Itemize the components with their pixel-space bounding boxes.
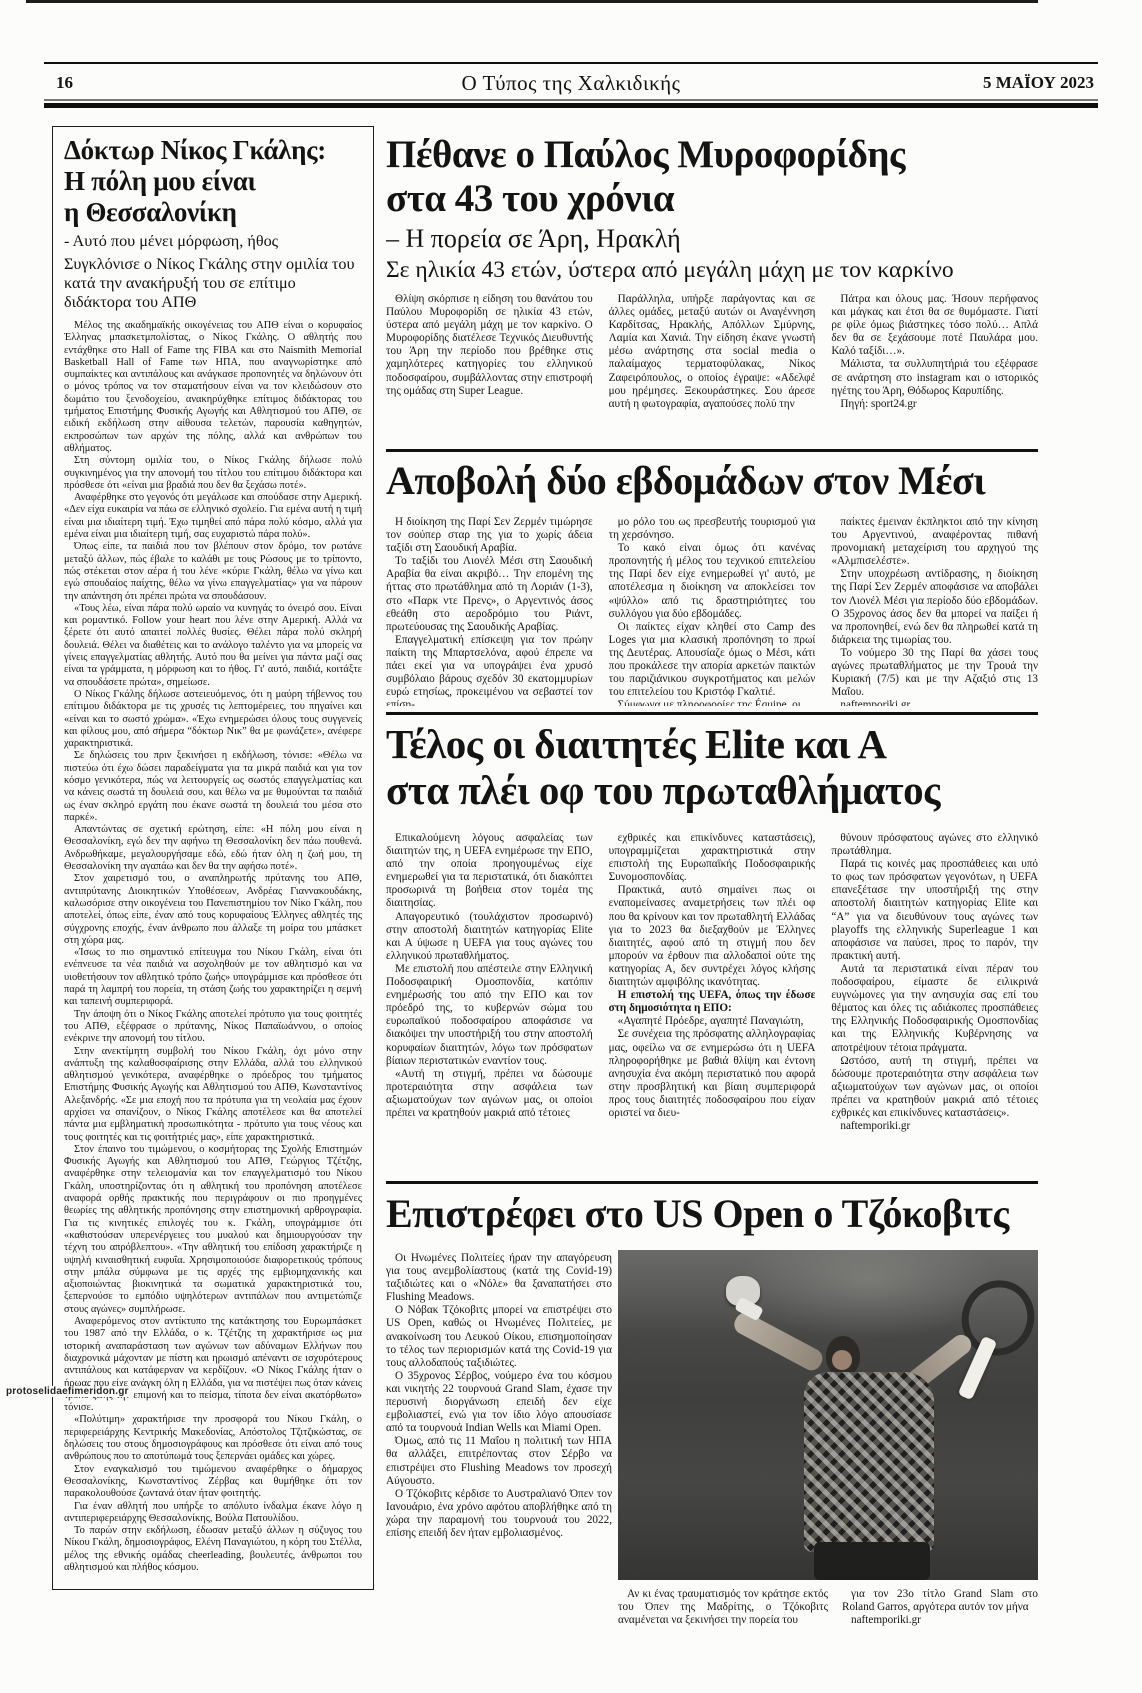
galis-title: Δόκτωρ Νίκος Γκάλης: Η πόλη μου είναι η … <box>64 135 362 228</box>
body-referees: Επικαλούμενη λόγους ασφαλείας των διαιτη… <box>386 832 1038 1176</box>
paragraph: «Πολύτιμη» χαρακτήρισε την προσφορά του … <box>64 1414 362 1463</box>
photo-torso-checkered-shirt <box>804 1372 934 1552</box>
body-messi: Η διοίκηση της Παρί Σεν Ζερμέν τιμώρησε … <box>386 516 1038 706</box>
paragraph: εχθρικές και επικίνδυνες καταστάσεις), υ… <box>609 832 816 884</box>
paragraph: Ο Νόβακ Τζόκοβιτς μπορεί να επιστρέψει σ… <box>386 1304 612 1369</box>
paragraph: Το παρών στην εκδήλωση, έδωσαν μεταξύ άλ… <box>64 1525 362 1574</box>
paragraph: naftemporiki.gr <box>831 699 1038 706</box>
referees-col-2: εχθρικές και επικίνδυνες καταστάσεις), υ… <box>609 832 816 1176</box>
djokovic-photo <box>618 1250 1038 1580</box>
paragraph: Η επιστολή της UEFA, όπως την έδωσε στη … <box>609 989 816 1015</box>
paragraph: Οι παίκτες είχαν κληθεί στο Camp des Log… <box>609 621 816 700</box>
paragraph: Μάλιστα, τα συλλυπητήριά του εξέφρασε σε… <box>831 358 1038 397</box>
paragraph: Μέλος της ακαδημαϊκής οικογένειας του ΑΠ… <box>64 320 362 455</box>
referees-col-1: Επικαλούμενη λόγους ασφαλείας των διαιτη… <box>386 832 593 1176</box>
referees-col-3: θύνουν πρόσφατους αγώνες στο ελληνικό πρ… <box>831 832 1038 1176</box>
paragraph: Ο Νίκος Γκάλης δήλωσε αστειευόμενος, ότι… <box>64 689 362 750</box>
paragraph: Στη σύντομη ομιλία του, ο Νίκος Γκάλης δ… <box>64 455 362 492</box>
photo-face <box>832 1350 852 1370</box>
djokovic-col-1: Οι Ηνωμένες Πολιτείες ήραν την απαγόρευσ… <box>386 1252 612 1650</box>
headline-messi: Αποβολή δύο εβδομάδων στον Μέσι <box>386 459 1038 504</box>
paragraph: Όμως, από τις 11 Μαΐου η πολιτική των ΗΠ… <box>386 1435 612 1487</box>
paragraph: Για έναν αθλητή που υπήρξε το απόλυτο ίν… <box>64 1501 362 1526</box>
paragraph: «Ίσως το πιο σημαντικό επίτευγμα του Νίκ… <box>64 947 362 1008</box>
divider-rule-3 <box>386 1181 1038 1184</box>
paragraph: Στον χαιρετισμό του, ο αναπληρωτής πρύτα… <box>64 873 362 947</box>
paragraph: Πηγή: sport24.gr <box>831 398 1038 411</box>
myroforidis-col-1: Θλίψη σκόρπισε η είδηση του θανάτου του … <box>386 293 593 445</box>
newspaper-page: 16 Ο Τύπος της Χαλκιδικής 5 ΜΑΪΟΥ 2023 Δ… <box>0 0 1142 1693</box>
paragraph: «Αυτή τη στιγμή, πρέπει να δώσουμε προτε… <box>386 1068 593 1120</box>
watermark-url: protoselidaefimeridon.gr <box>4 1386 131 1397</box>
body-myroforidis: Θλίψη σκόρπισε η είδηση του θανάτου του … <box>386 293 1038 445</box>
paragraph: Το ταξίδι του Λιονέλ Μέσι στη Σαουδική Α… <box>386 555 593 634</box>
paragraph: Αυτά τα περιστατικά είναι πέραν του ποδο… <box>831 963 1038 1055</box>
paragraph: Παράλληλα, υπήρξε παράγοντας και σε άλλε… <box>609 293 816 411</box>
paragraph: μο ρόλο του ως πρεσβευτής τουρισμού για … <box>609 516 816 542</box>
myroforidis-col-2: Παράλληλα, υπήρξε παράγοντας και σε άλλε… <box>609 293 816 445</box>
galis-subtitle-1: - Αυτό που μένει μόρφωση, ήθος <box>64 232 362 251</box>
paragraph: Το νούμερο 30 της Παρί θα χάσει τους αγώ… <box>831 647 1038 699</box>
paragraph: Ωστόσο, αυτή τη στιγμή, πρέπει να δώσουμ… <box>831 1055 1038 1120</box>
paragraph: Στον έπαινο του τιμώμενου, ο κοσμήτορας … <box>64 1144 362 1316</box>
paragraph: Σύμφωνα με πληροφορίες της Équipe, οι <box>609 699 816 706</box>
subhead-myroforidis-1: – Η πορεία σε Άρη, Ηρακλή <box>386 224 1038 254</box>
paragraph: Την άποψη ότι ο Νίκος Γκάλης αποτελεί πρ… <box>64 1009 362 1046</box>
messi-col-3: παίκτες έμειναν έκπληκτοι από την κίνηση… <box>831 516 1038 706</box>
paragraph: Πάτρα και όλους μας. Ήσουν περήφανος και… <box>831 293 1038 358</box>
paragraph: Απαντώντας σε σχετική ερώτηση, είπε: «Η … <box>64 824 362 873</box>
paragraph: για τον 23ο τίτλο Grand Slam στο Roland … <box>842 1588 1038 1614</box>
myroforidis-col-3: Πάτρα και όλους μας. Ήσουν περήφανος και… <box>831 293 1038 445</box>
paragraph: Στον εναγκαλισμό του τιμώμενου αναφέρθηκ… <box>64 1464 362 1501</box>
paragraph: παίκτες έμειναν έκπληκτοι από την κίνηση… <box>831 516 1038 568</box>
paragraph: Αναφέρθηκε στο γεγονός ότι μεγάλωσε και … <box>64 492 362 541</box>
masthead-title: Ο Τύπος της Χαλκιδικής <box>0 71 1142 96</box>
paragraph: Απαγορευτικό (τουλάχιστον προσωρινό) στη… <box>386 911 593 963</box>
paragraph: Επικαλούμενη λόγους ασφαλείας των διαιτη… <box>386 832 593 911</box>
paragraph: Παρά τις κοινές μας προσπάθειες και υπό … <box>831 858 1038 963</box>
scan-artifact-line <box>26 0 1038 3</box>
paragraph: Επαγγελματική επίσκεψη για τον πρώην παί… <box>386 634 593 706</box>
photo-light-glow <box>738 1250 998 1340</box>
paragraph: Όπως είπε, τα παιδιά που τον βλέπουν στο… <box>64 541 362 602</box>
paragraph: Με επιστολή που απέστειλε στην Ελληνική … <box>386 963 593 1068</box>
paragraph: Αν κι ένας τραυματισμός τον κράτησε εκτό… <box>618 1588 828 1628</box>
issue-date: 5 ΜΑΪΟΥ 2023 <box>983 73 1094 93</box>
header-thick-rule <box>44 103 1098 108</box>
paragraph: «Αγαπητέ Πρόεδρε, αγαπητέ Παναγιώτη, <box>609 1015 816 1028</box>
paragraph: Στην ανεκτίμητη συμβολή του Νίκου Γκάλη,… <box>64 1046 362 1144</box>
paragraph: Θλίψη σκόρπισε η είδηση του θανάτου του … <box>386 293 593 398</box>
paragraph: Η διοίκηση της Παρί Σεν Ζερμέν τιμώρησε … <box>386 516 593 555</box>
headline-myroforidis: Πέθανε ο Παύλος Μυροφορίδης στα 43 του χ… <box>386 133 1038 220</box>
article-galis: Δόκτωρ Νίκος Γκάλης: Η πόλη μου είναι η … <box>52 126 374 1590</box>
paragraph: Σε δηλώσεις του πριν ξεκινήσει η εκδήλωσ… <box>64 750 362 824</box>
paragraph: Σε συνέχεια της πρόσφατης αλληλογραφίας … <box>609 1028 816 1120</box>
paragraph: Στην υποχρέωση αντίδρασης, η διοίκηση τη… <box>831 568 1038 647</box>
header-top-rule <box>44 62 1098 64</box>
paragraph: Οι Ηνωμένες Πολιτείες ήραν την απαγόρευσ… <box>386 1252 612 1304</box>
photo-caption-col-2: για τον 23ο τίτλο Grand Slam στο Roland … <box>842 1588 1038 1650</box>
photo-shorts <box>814 1542 930 1580</box>
paragraph: Ο 35χρονος Σέρβος, νούμερο ένα του κόσμο… <box>386 1370 612 1435</box>
paragraph: Πρακτικά, αυτό σημαίνει πως οι εναπομείν… <box>609 884 816 989</box>
paragraph: θύνουν πρόσφατους αγώνες στο ελληνικό πρ… <box>831 832 1038 858</box>
paragraph: naftemporiki.gr <box>831 1120 1038 1133</box>
header-thin-rule <box>44 99 1098 101</box>
paragraph: Το κακό είναι όμως ότι κανένας προπονητή… <box>609 542 816 621</box>
subhead-myroforidis-2: Σε ηλικία 43 ετών, ύστερα από μεγάλη μάχ… <box>386 257 1038 284</box>
divider-rule-1 <box>386 449 1038 452</box>
messi-col-1: Η διοίκηση της Παρί Σεν Ζερμέν τιμώρησε … <box>386 516 593 706</box>
galis-subtitle-2: Συγκλόνισε ο Νίκος Γκάλης στην ομιλία το… <box>64 255 362 312</box>
paragraph: «Τους λέω, είναι πάρα πολύ ωραίο να κυνη… <box>64 603 362 689</box>
paragraph: Ο Τζόκοβιτς κέρδισε το Αυστραλιανό Όπεν … <box>386 1488 612 1540</box>
paragraph: naftemporiki.gr <box>842 1614 1038 1627</box>
messi-col-2: μο ρόλο του ως πρεσβευτής τουρισμού για … <box>609 516 816 706</box>
divider-rule-2 <box>386 712 1038 715</box>
photo-caption-col-1: Αν κι ένας τραυματισμός τον κράτησε εκτό… <box>618 1588 828 1650</box>
headline-djokovic: Επιστρέφει στο US Open ο Τζόκοβιτς <box>386 1192 1038 1237</box>
headline-referees: Τέλος οι διαιτητές Elite και Α στα πλέι … <box>386 722 1038 814</box>
paragraph: Αναφερόμενος στον αντίκτυπο της κατάκτησ… <box>64 1316 362 1414</box>
